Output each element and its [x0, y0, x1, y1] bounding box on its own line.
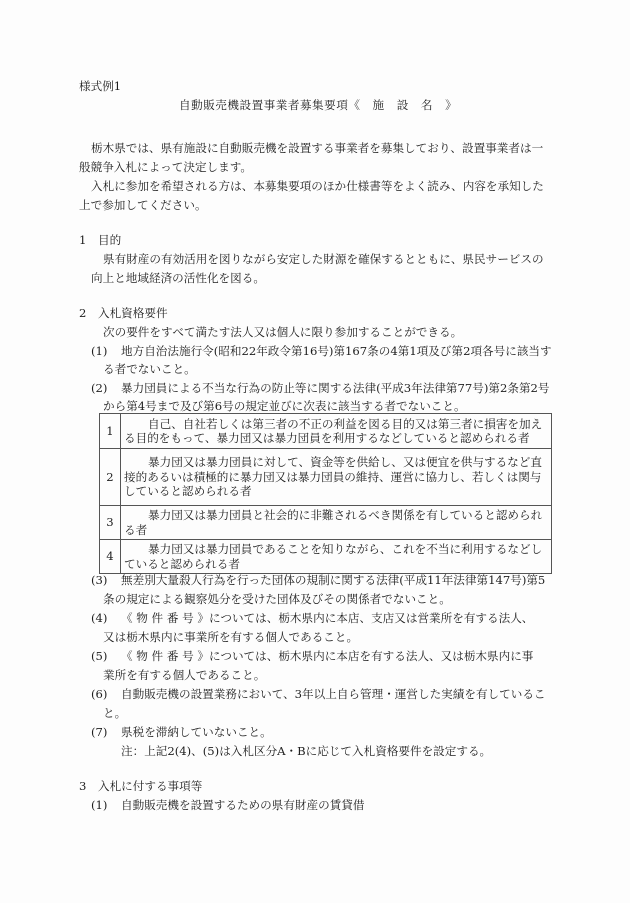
item-4-number: (4): [91, 611, 107, 625]
row-number: 2: [100, 449, 121, 506]
section-1-line-2: 向上と地域経済の活性化を図る。: [91, 271, 265, 285]
item-3-number: (3): [91, 573, 107, 587]
row-number: 3: [100, 506, 121, 540]
table-row: 4 暴力団又は暴力団員であることを知りながら、これを不当に利用するなどしていると…: [100, 540, 552, 574]
intro-line-2: 般競争入札によって決定します。: [79, 160, 252, 174]
item-3-line-2: 条の規定による観察処分を受けた団体及びその関係者でないこと。: [103, 592, 451, 606]
table-row: 3 暴力団又は暴力団員と社会的に非難されるべき関係を有していると認められる者: [100, 506, 552, 540]
item-5-number: (5): [91, 649, 107, 663]
row-text: 暴力団又は暴力団員であることを知りながら、これを不当に利用するなどしていると認め…: [121, 540, 552, 574]
item-3-line-1: 無差別大量殺人行為を行った団体の規制に関する法律(平成11年法律第147号)第5: [121, 573, 545, 587]
intro-line-4: 上で参加してください。: [79, 198, 207, 212]
item-6-number: (6): [91, 687, 107, 701]
row-text: 暴力団又は暴力団員に対して、資金等を供給し、又は便宜を供与するなど直接的あるいは…: [121, 449, 552, 506]
item-4-line-1: 《 物 件 番 号 》については、栃木県内に本店、支店又は営業所を有する法人、: [121, 611, 533, 625]
item-1-line-1: 地方自治法施行令(昭和22年政令第16号)第167条の4第1項及び第2項各号に該…: [121, 344, 552, 358]
item-5-line-1: 《 物 件 番 号 》については、栃木県内に本店を有する法人、又は栃木県内に事: [121, 649, 533, 663]
row-number: 4: [100, 540, 121, 574]
row-text: 暴力団又は暴力団員と社会的に非難されるべき関係を有していると認められる者: [121, 506, 552, 540]
section-2-heading: 2 入札資格要件: [79, 306, 168, 320]
note-text: 注：上記2(4)、(5)は入札区分A・Bに応じて入札資格要件を設定する。: [121, 744, 491, 758]
form-label: 様式例1: [79, 79, 121, 93]
table-row: 1 自己、自社若しくは第三者の不正の利益を図る目的又は第三者に損害を加える目的を…: [100, 414, 552, 449]
section-3-item-1-line-1: 自動販売機を設置するための県有財産の賃貸借: [121, 798, 364, 812]
item-7-number: (7): [91, 725, 107, 739]
item-2-number: (2): [91, 381, 107, 395]
intro-line-1: 栃木県では、県有施設に自動販売機を設置する事業者を募集しており、設置事業者は一: [91, 141, 543, 155]
item-6-line-1: 自動販売機の設置業務において、3年以上自ら管理・運営した実績を有しているこ: [121, 687, 546, 701]
section-1-heading: 1 目的: [79, 233, 121, 247]
section-3-item-1-number: (1): [91, 798, 107, 812]
row-text: 自己、自社若しくは第三者の不正の利益を図る目的又は第三者に損害を加える目的をもっ…: [121, 414, 552, 449]
item-4-line-2: 又は栃木県内に事業所を有する個人であること。: [103, 630, 358, 644]
section-2-lead: 次の要件をすべて満たす法人又は個人に限り参加することができる。: [103, 325, 462, 339]
item-1-number: (1): [91, 344, 107, 358]
document-title: 自動販売機設置事業者募集要項《 施 設 名 》: [179, 98, 457, 112]
item-6-line-2: と。: [103, 706, 126, 720]
item-2-line-2: から第4号まで及び第6号の規定並びに次表に該当する者でないこと。: [103, 399, 466, 413]
section-3-heading: 3 入札に付する事項等: [79, 779, 202, 793]
exclusion-table: 1 自己、自社若しくは第三者の不正の利益を図る目的又は第三者に損害を加える目的を…: [99, 413, 552, 574]
table-row: 2 暴力団又は暴力団員に対して、資金等を供給し、又は便宜を供与するなど直接的ある…: [100, 449, 552, 506]
item-5-line-2: 業所を有する個人であること。: [103, 668, 265, 682]
item-2-line-1: 暴力団員による不当な行為の防止等に関する法律(平成3年法律第77号)第2条第2号: [121, 381, 550, 395]
row-number: 1: [100, 414, 121, 449]
intro-line-3: 入札に参加を希望される方は、本募集要項のほか仕様書等をよく読み、内容を承知した: [91, 179, 544, 193]
item-7-line-1: 県税を滞納していないこと。: [121, 725, 272, 739]
section-1-line-1: 県有財産の有効活用を図りながら安定した財源を確保するとともに、県民サービスの: [103, 252, 544, 266]
item-1-line-2: る者でないこと。: [103, 362, 196, 376]
